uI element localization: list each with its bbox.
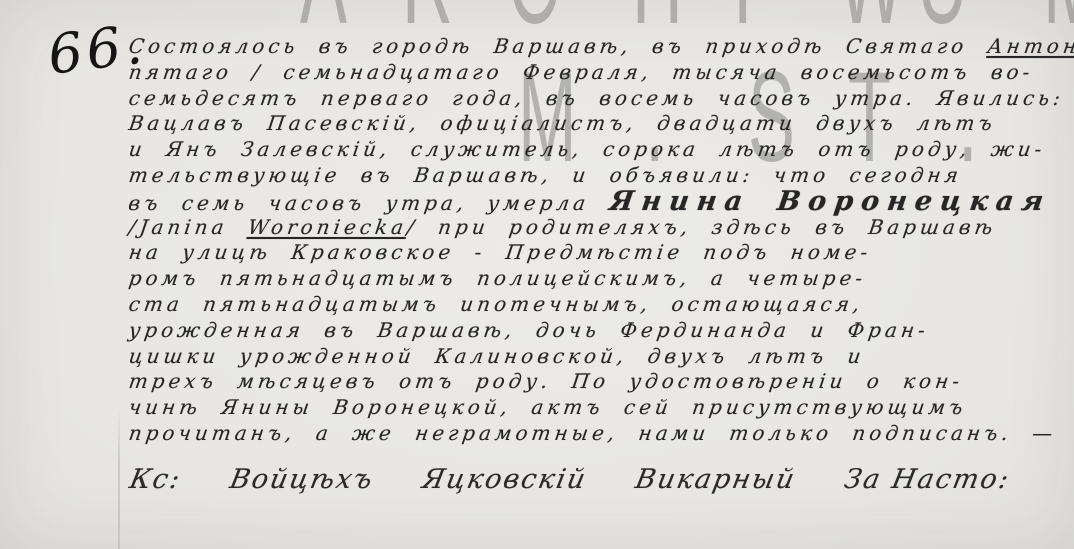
deceased-name-latin: Woroniecka <box>246 215 409 239</box>
record-line: трехъ мѣсяцевъ отъ роду. По удостовѣрені… <box>127 369 1074 395</box>
record-line: /Janina Woroniecka/ при родителяхъ, здѣс… <box>127 215 1074 241</box>
record-line: Состоялось въ городѣ Варшавѣ, въ приходѣ… <box>127 34 1074 60</box>
record-line: Вацлавъ Пасевскій, офиціалистъ, двадцати… <box>127 111 1074 137</box>
record-line: пятаго / семьнадцатаго Февраля, тысяча в… <box>127 60 1074 86</box>
record-line: прочитанъ, а же неграмотные, нами только… <box>127 421 1074 447</box>
record-line: на улицѣ Краковское - Предмѣстіе подъ но… <box>127 240 1074 266</box>
page-crease-line <box>118 408 120 549</box>
document-page: A R C H I W U M M . S T . 66. Состоялось… <box>0 0 1074 549</box>
record-line: тельствующіе въ Варшавѣ, и объявили: что… <box>127 163 1074 189</box>
underlined-name: Антонія <box>986 34 1074 58</box>
record-line: и Янъ Залевскій, служитель, сорока лѣтъ … <box>127 137 1074 163</box>
deceased-name: Янина Воронецкая <box>608 186 1054 217</box>
record-line: семьдесятъ перваго года, въ восемь часов… <box>127 86 1074 112</box>
signature-word: Викарный <box>633 464 799 495</box>
record-line: въ семь часовъ утра, умерла Янина Вороне… <box>127 189 1074 215</box>
priest-signature: Кс: Войцѣхъ Яцковскій Викарный За Насто: <box>127 464 1013 495</box>
signature-word: Яцковскій <box>420 464 590 495</box>
signature-word: За Насто: <box>842 464 1013 495</box>
record-line: ста пятьнадцатымъ ипотечнымъ, остающаяся… <box>127 292 1074 318</box>
record-line: цишки урожденной Калиновской, двухъ лѣтъ… <box>127 344 1074 370</box>
record-line: ромъ пятьнадцатымъ полицейскимъ, а четыр… <box>127 266 1074 292</box>
signature-word: Кс: <box>127 464 184 495</box>
record-line: урожденная въ Варшавѣ, дочь Фердинанда и… <box>127 318 1074 344</box>
record-line: чинѣ Янины Воронецкой, актъ сей присутст… <box>127 395 1074 421</box>
record-text-block: Состоялось въ городѣ Варшавѣ, въ приходѣ… <box>127 34 1074 447</box>
signature-word: Войцѣхъ <box>227 464 376 495</box>
